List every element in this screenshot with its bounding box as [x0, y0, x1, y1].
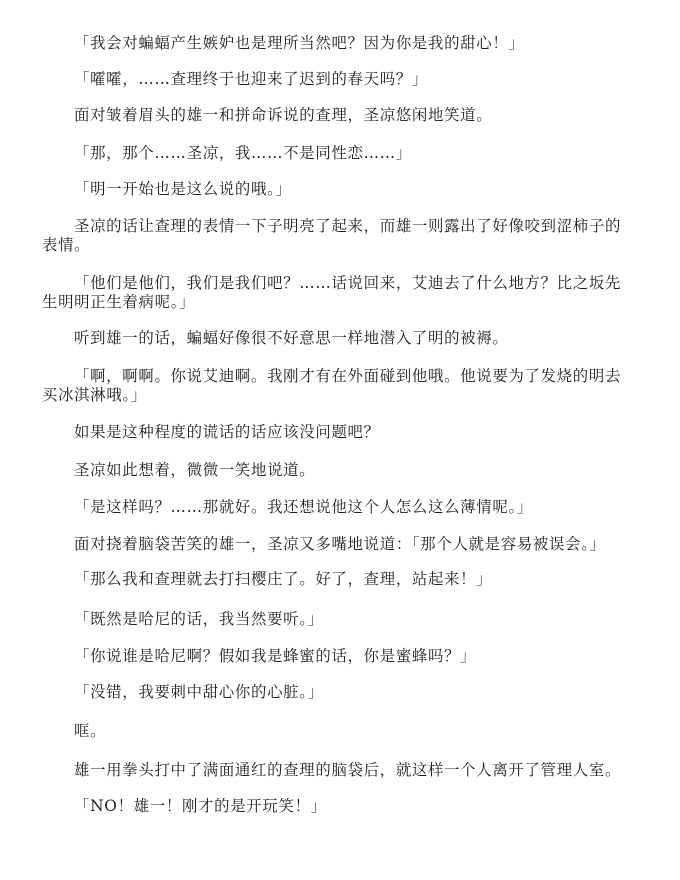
- paragraph: 「我会对蝙蝠产生嫉妒也是理所当然吧？因为你是我的甜心！」: [42, 34, 626, 53]
- paragraph: 面对皱着眉头的雄一和拼命诉说的查理，圣凉悠闲地笑道。: [42, 106, 626, 125]
- paragraph: 「那，那个……圣凉，我……不是同性恋……」: [42, 144, 626, 163]
- document-page: 「我会对蝙蝠产生嫉妒也是理所当然吧？因为你是我的甜心！」 「嚯嚯，……查理终于也…: [0, 0, 680, 880]
- paragraph: 圣凉的话让查理的表情一下子明亮了起来，而雄一则露出了好像咬到涩柿子的表情。: [42, 217, 626, 255]
- paragraph: 「NO！雄一！刚才的是开玩笑！」: [42, 797, 626, 816]
- paragraph: 圣凉如此想着，微微一笑地说道。: [42, 461, 626, 480]
- paragraph: 「啊，啊啊。你说艾迪啊。我刚才有在外面碰到他哦。他说要为了发烧的明去买冰淇淋哦。…: [42, 367, 626, 405]
- paragraph: 「明一开始也是这么说的哦。」: [42, 180, 626, 199]
- paragraph: 如果是这种程度的谎话的话应该没问题吧？: [42, 423, 626, 442]
- paragraph: 「那么我和查理就去打扫樱庄了。好了，查理，站起来！」: [42, 570, 626, 589]
- paragraph: 「嚯嚯，……查理终于也迎来了迟到的春天吗？」: [42, 70, 626, 89]
- paragraph: 「他们是他们，我们是我们吧？……话说回来，艾迪去了什么地方？比之坂先生明明正生着…: [42, 274, 626, 312]
- paragraph: 雄一用拳头打中了满面通红的查理的脑袋后，就这样一个人离开了管理人室。: [42, 761, 626, 780]
- paragraph: 「既然是哈尼的话，我当然要听。」: [42, 610, 626, 629]
- paragraph: 面对挠着脑袋苦笑的雄一，圣凉又多嘴地说道：「那个人就是容易被误会。」: [42, 535, 626, 554]
- paragraph: 「你说谁是哈尼啊？假如我是蜂蜜的话，你是蜜蜂吗？」: [42, 647, 626, 666]
- paragraph: 听到雄一的话，蝙蝠好像很不好意思一样地潜入了明的被褥。: [42, 329, 626, 348]
- paragraph: 「是这样吗？……那就好。我还想说他这个人怎么这么薄情呢。」: [42, 498, 626, 517]
- paragraph: 「没错，我要刺中甜心你的心脏。」: [42, 683, 626, 702]
- paragraph: 哐。: [42, 722, 626, 741]
